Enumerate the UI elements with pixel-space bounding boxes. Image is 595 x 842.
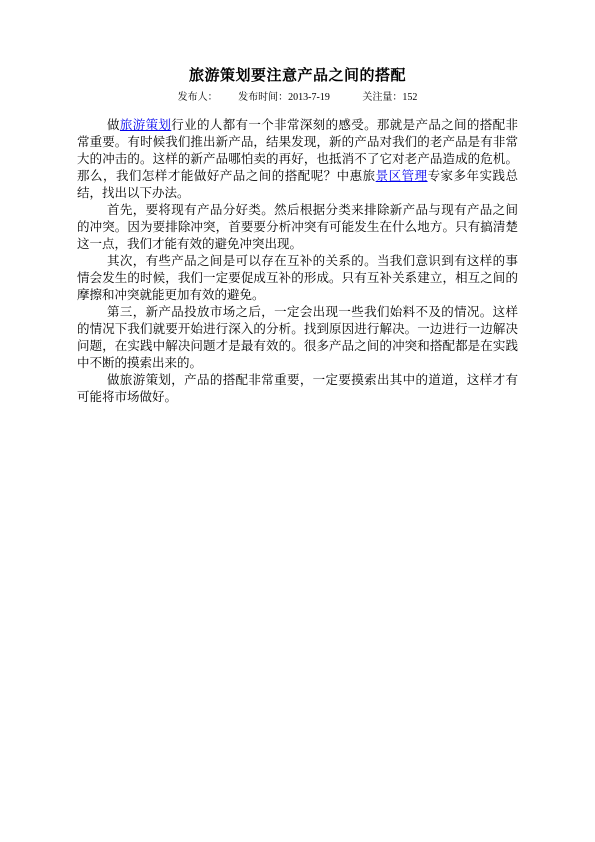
article-body: 做旅游策划行业的人都有一个非常深刻的感受。那就是产品之间的搭配非常重要。有时候我… — [77, 117, 518, 406]
page-title: 旅游策划要注意产品之间的搭配 — [77, 66, 518, 86]
publish-time-label: 发布时间： — [238, 92, 288, 103]
publish-time-value: 2013-7-19 — [288, 92, 330, 103]
paragraph-intro: 做旅游策划行业的人都有一个非常深刻的感受。那就是产品之间的搭配非常重要。有时候我… — [77, 117, 518, 202]
views-field: 关注量：152 — [362, 91, 417, 104]
publisher-label: 发布人： — [178, 92, 218, 103]
paragraph-third-point: 第三，新产品投放市场之后，一定会出现一些我们始料不及的情况。这样的情况下我们就要… — [77, 304, 518, 372]
link-travel-planning[interactable]: 旅游策划 — [120, 118, 171, 132]
views-label: 关注量： — [362, 92, 402, 103]
paragraph-conclusion: 做旅游策划，产品的搭配非常重要，一定要摸索出其中的道道，这样才有可能将市场做好。 — [77, 372, 518, 406]
paragraph-first-point: 首先，要将现有产品分好类。然后根据分类来排除新产品与现有产品之间的冲突。因为要排… — [77, 202, 518, 253]
link-scenic-area-management[interactable]: 景区管理 — [376, 169, 428, 183]
publish-time-field: 发布时间：2013-7-19 — [238, 91, 330, 104]
paragraph-second-point: 其次，有些产品之间是可以存在互补的关系的。当我们意识到有这样的事情会发生的时候，… — [77, 253, 518, 304]
document-page: 旅游策划要注意产品之间的搭配 发布人： 发布时间：2013-7-19 关注量：1… — [0, 0, 595, 842]
views-value: 152 — [402, 92, 417, 103]
paragraph-text: 做 — [107, 118, 120, 132]
meta-line: 发布人： 发布时间：2013-7-19 关注量：152 — [77, 91, 518, 104]
publisher-field: 发布人： — [178, 91, 218, 104]
